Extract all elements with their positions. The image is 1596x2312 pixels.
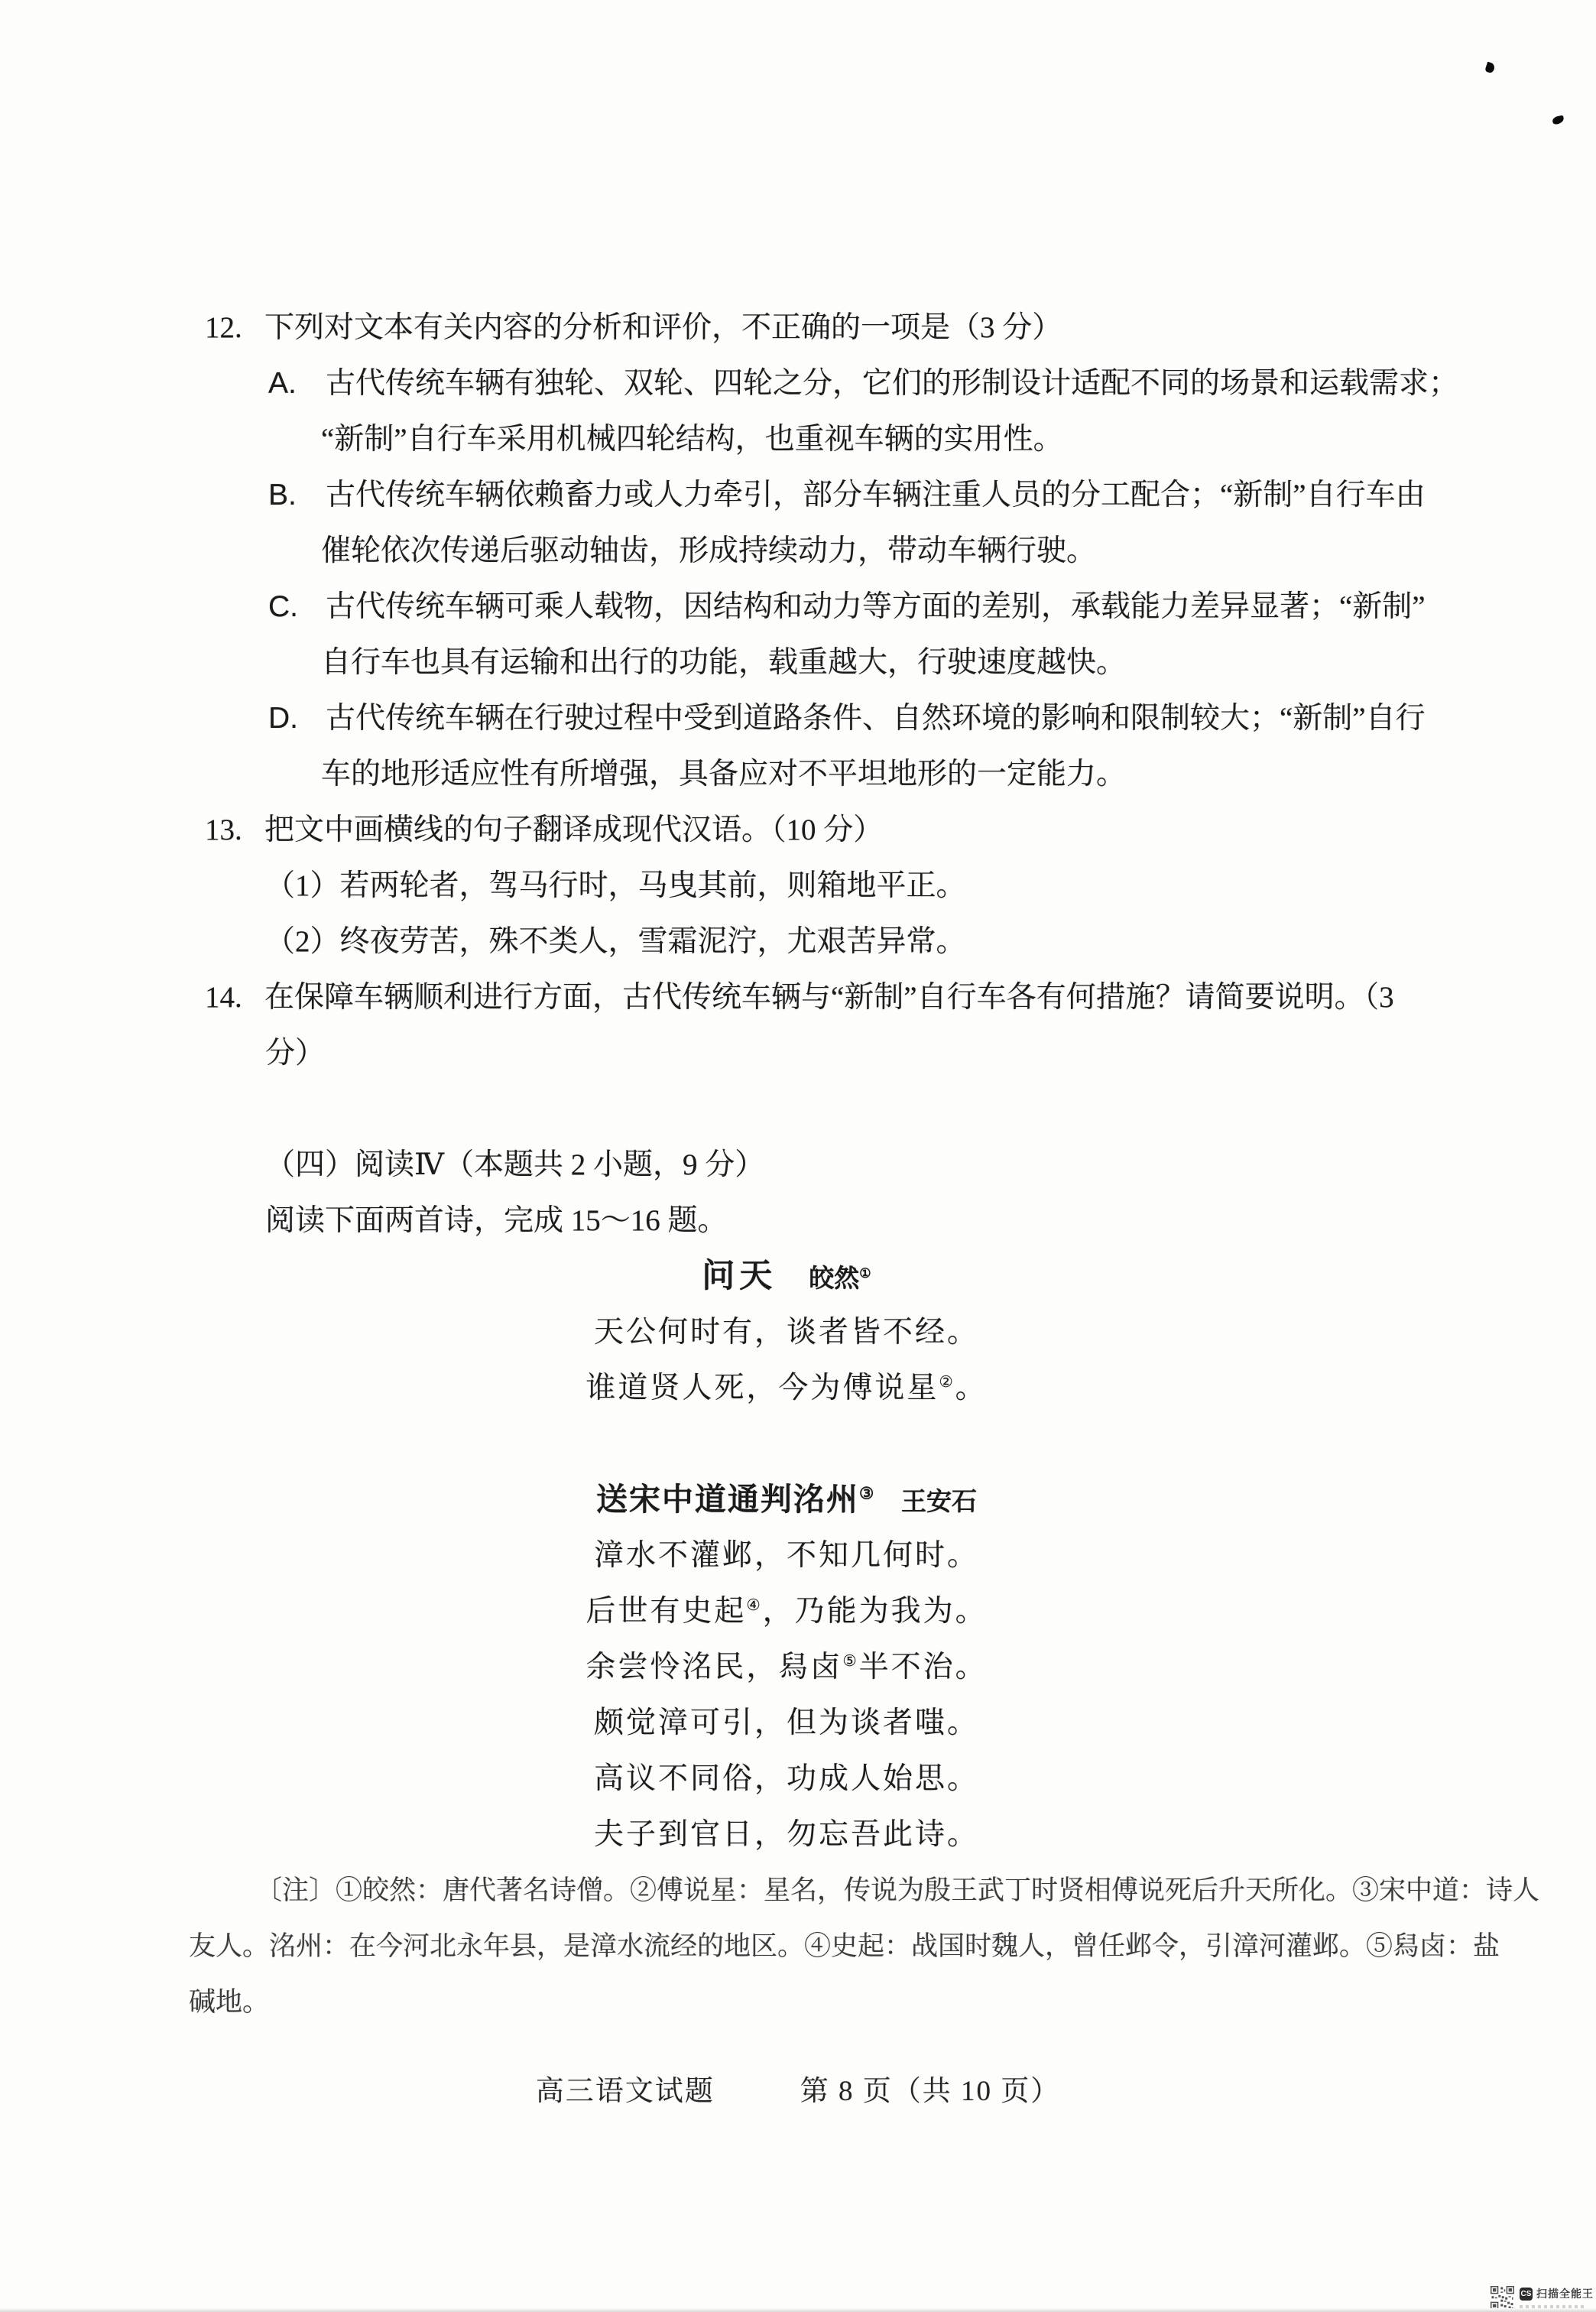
option-label: C.: [268, 579, 326, 635]
option-d-line: 车的地形适应性有所增强，具备应对不平坦地形的一定能力。: [0, 746, 1596, 802]
poem-note-line: 友人。洺州：在今河北永年县，是漳水流经的地区。④史起：战国时魏人，曾任邺令，引漳…: [0, 1918, 1596, 1974]
poem2-line: 漳水不灌邺，不知几何时。: [0, 1528, 1596, 1583]
scan-speck: [1484, 62, 1495, 74]
document-body: 12.下列对文本有关内容的分析和评价，不正确的一项是（3 分） A.古代传统车辆…: [0, 300, 1596, 2030]
option-text: 车的地形适应性有所增强，具备应对不平坦地形的一定能力。: [321, 758, 1126, 791]
poem2-line: 余尝怜洺民，舄卤⑤半不治。: [0, 1639, 1596, 1695]
question-stem-text: 下列对文本有关内容的分析和评价，不正确的一项是（3 分）: [264, 311, 1062, 344]
question-14-stem-line: 14.在保障车辆顺利进行方面，古代传统车辆与“新制”自行车各有何措施？请简要说明…: [0, 969, 1596, 1025]
option-label: A.: [268, 356, 326, 411]
question-number: 12.: [205, 300, 264, 356]
section-intro-text: 阅读下面两首诗，完成 15～16 题。: [265, 1204, 728, 1237]
section-header-text: （四）阅读Ⅳ（本题共 2 小题，9 分）: [265, 1148, 764, 1181]
watermark-app-name: 扫描全能王: [1536, 2286, 1594, 2301]
option-d-line: D.古代传统车辆在行驶过程中受到道路条件、自然环境的影响和限制较大；“新制”自行: [0, 690, 1596, 746]
question-14-continuation: 分）: [0, 1025, 1596, 1081]
footer-doc-title: 高三语文试题: [536, 2076, 715, 2107]
poem2-line: 颇觉漳可引，但为谈者嗤。: [0, 1695, 1596, 1751]
option-label: D.: [268, 690, 326, 746]
question-stem-text: 分）: [265, 1037, 325, 1070]
blank-line: [0, 1416, 1596, 1472]
option-b-line: 催轮依次传递后驱动轴齿，形成持续动力，带动车辆行驶。: [0, 523, 1596, 579]
question-12-stem-line: 12.下列对文本有关内容的分析和评价，不正确的一项是（3 分）: [0, 300, 1596, 356]
option-text: 催轮依次传递后驱动轴齿，形成持续动力，带动车辆行驶。: [321, 534, 1096, 567]
blank-line: [0, 1081, 1596, 1137]
option-text: 古代传统车辆有独轮、双轮、四轮之分，它们的形制设计适配不同的场景和运载需求；: [326, 367, 1458, 400]
page-footer: 高三语文试题第 8 页（共 10 页）: [0, 2069, 1596, 2115]
poem-note-line: 〔注〕①皎然：唐代著名诗僧。②傅说星：星名，传说为殷王武丁时贤相傅说死后升天所化…: [0, 1862, 1596, 1918]
option-text: 自行车也具有运输和出行的功能，载重越大，行驶速度越快。: [321, 646, 1126, 679]
camscanner-watermark: CS 扫描全能王: [1491, 2286, 1594, 2310]
question-stem-text: 在保障车辆顺利进行方面，古代传统车辆与“新制”自行车各有何措施？请简要说明。（3: [264, 981, 1394, 1014]
cs-logo-icon: CS: [1520, 2288, 1533, 2301]
question-13-subitem: （1）若两轮者，驾马行时，马曳其前，则箱地平正。: [0, 858, 1596, 914]
poem2-line: 高议不同俗，功成人始思。: [0, 1751, 1596, 1807]
watermark-text-block: CS 扫描全能王: [1520, 2286, 1594, 2310]
option-text: 古代传统车辆可乘人载物，因结构和动力等方面的差别，承载能力差异显著；“新制”: [326, 590, 1426, 623]
poem2-line: 夫子到官日，勿忘吾此诗。: [0, 1807, 1596, 1862]
scan-speck: [1552, 115, 1565, 125]
option-text: “新制”自行车采用机械四轮结构，也重视车辆的实用性。: [321, 423, 1063, 456]
poem1-author: 皎然①: [809, 1265, 871, 1293]
question-stem-text: 把文中画横线的句子翻译成现代汉语。（10 分）: [264, 813, 883, 846]
option-a-line: A.古代传统车辆有独轮、双轮、四轮之分，它们的形制设计适配不同的场景和运载需求；: [0, 356, 1596, 411]
question-number: 13.: [205, 802, 264, 858]
footer-page-info: 第 8 页（共 10 页）: [800, 2076, 1061, 2107]
option-c-line: C.古代传统车辆可乘人载物，因结构和动力等方面的差别，承载能力差异显著；“新制”: [0, 579, 1596, 635]
section-4-intro: 阅读下面两首诗，完成 15～16 题。: [0, 1193, 1596, 1249]
poem1-title-line: 问天皎然①: [0, 1249, 1596, 1304]
poem1-title: 问天: [702, 1258, 777, 1294]
scan-bottom-edge: [0, 2308, 1596, 2312]
option-label: B.: [268, 467, 326, 523]
question-13-stem-line: 13.把文中画横线的句子翻译成现代汉语。（10 分）: [0, 802, 1596, 858]
poem1-line: 谁道贤人死，今为傅说星②。: [0, 1360, 1596, 1416]
option-b-line: B.古代传统车辆依赖畜力或人力牵引，部分车辆注重人员的分工配合；“新制”自行车由: [0, 467, 1596, 523]
subitem-text: （2）终夜劳苦，殊不类人，雪霜泥泞，尤艰苦异常。: [265, 925, 966, 958]
option-c-line: 自行车也具有运输和出行的功能，载重越大，行驶速度越快。: [0, 635, 1596, 690]
poem2-title-line: 送宋中道通判洺州③王安石: [0, 1472, 1596, 1528]
poem2-title: 送宋中道通判洺州③: [596, 1482, 875, 1517]
option-text: 古代传统车辆在行驶过程中受到道路条件、自然环境的影响和限制较大；“新制”自行: [326, 702, 1426, 735]
exam-page: 12.下列对文本有关内容的分析和评价，不正确的一项是（3 分） A.古代传统车辆…: [0, 0, 1596, 2312]
question-number: 14.: [205, 969, 264, 1025]
option-text: 古代传统车辆依赖畜力或人力牵引，部分车辆注重人员的分工配合；“新制”自行车由: [326, 479, 1426, 511]
question-13-subitem: （2）终夜劳苦，殊不类人，雪霜泥泞，尤艰苦异常。: [0, 914, 1596, 969]
poem2-line: 后世有史起④，乃能为我为。: [0, 1583, 1596, 1639]
section-4-header: （四）阅读Ⅳ（本题共 2 小题，9 分）: [0, 1137, 1596, 1193]
option-a-line: “新制”自行车采用机械四轮结构，也重视车辆的实用性。: [0, 411, 1596, 467]
poem-note-line: 碱地。: [0, 1974, 1596, 2030]
subitem-text: （1）若两轮者，驾马行时，马曳其前，则箱地平正。: [265, 869, 966, 902]
poem2-author: 王安石: [901, 1489, 977, 1516]
poem1-line: 天公何时有，谈者皆不经。: [0, 1304, 1596, 1360]
qr-code-icon: [1491, 2286, 1514, 2310]
